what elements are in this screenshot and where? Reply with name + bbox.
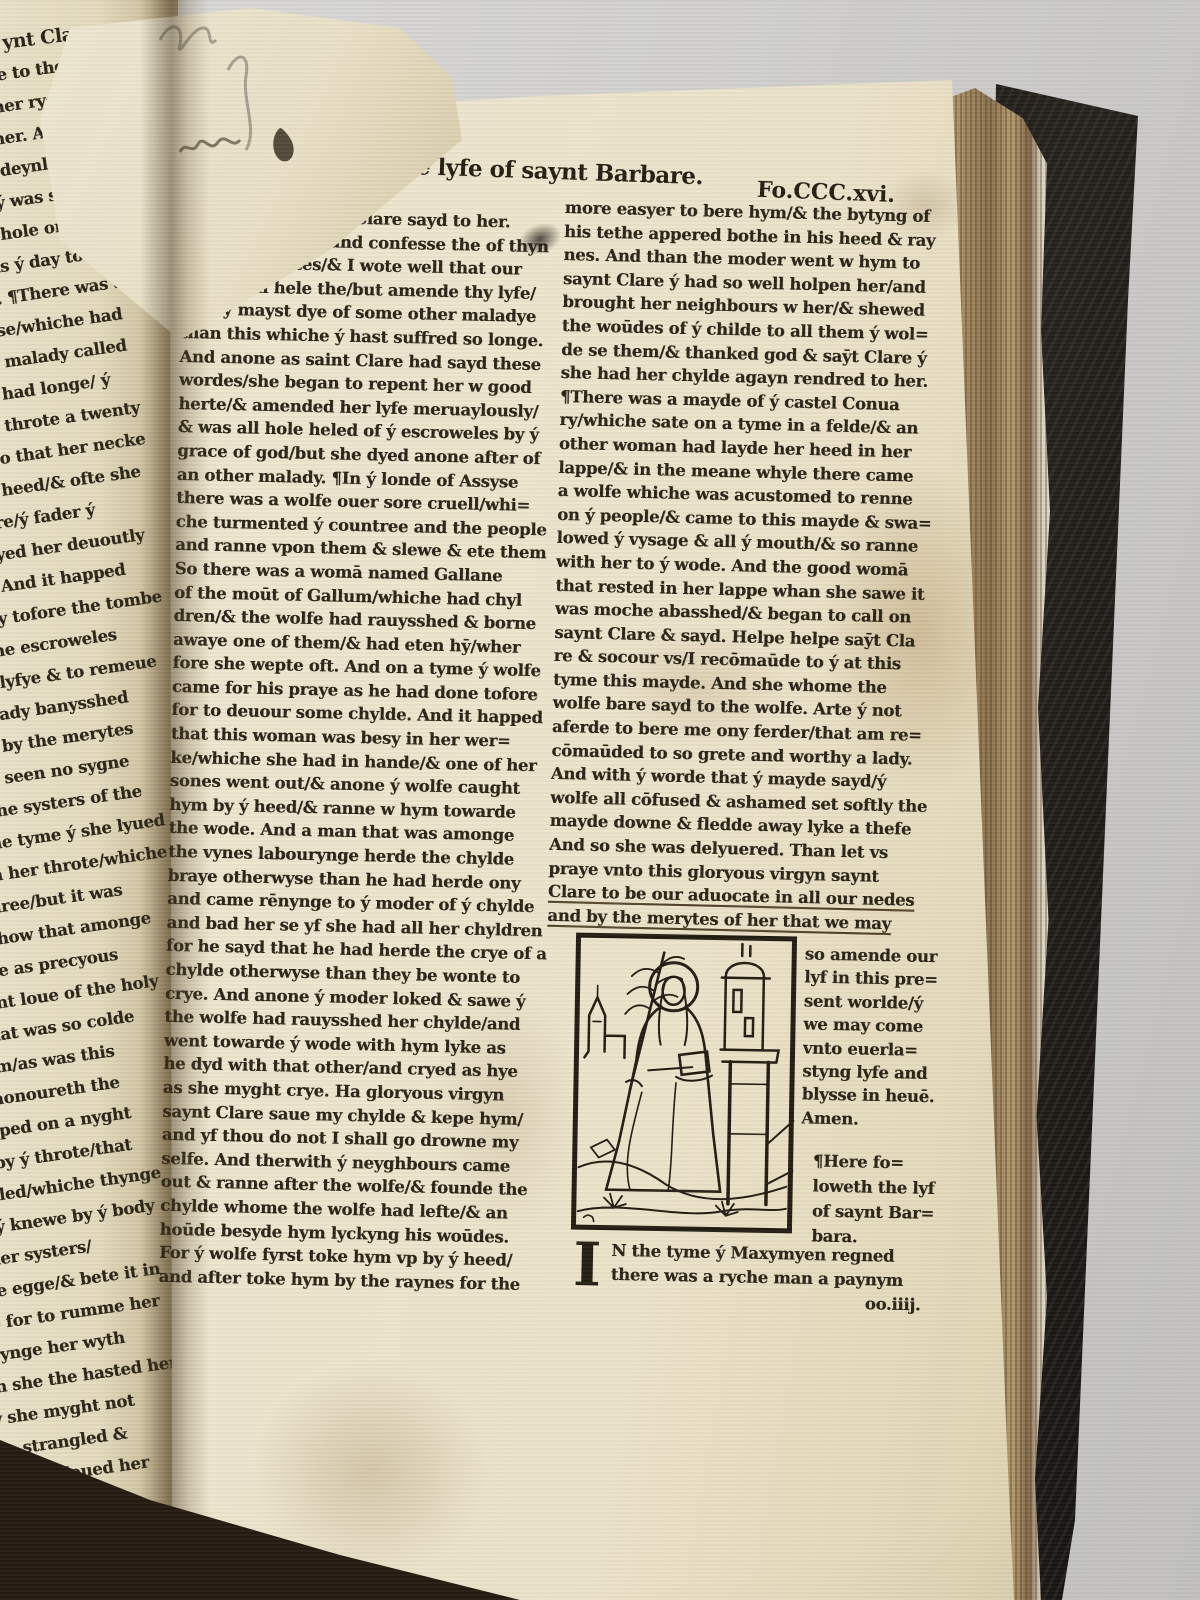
text-line: Amen. <box>801 1106 953 1133</box>
text-line: so amende our <box>805 942 957 969</box>
text-line: vnto euerla= <box>803 1036 955 1063</box>
incipit-lines: N the tyme ý Maxymyen regnedthere was a … <box>567 1238 960 1294</box>
pencil-inscription <box>150 10 310 180</box>
photo-of-open-antique-book: ynt Clare. orne to the tombe of sayed he… <box>0 0 1200 1600</box>
text-line: styng lyfe and <box>802 1059 954 1086</box>
saint-barbara-woodcut <box>569 931 798 1235</box>
drop-cap-initial: I <box>573 1240 602 1291</box>
text-line: we may come <box>803 1013 955 1040</box>
side-text-column: so amende ourlyf in this pre=sent worlde… <box>801 942 957 1141</box>
text-line: ¶Here fo= <box>813 1148 963 1176</box>
text-column-left: moder. Than saynt Clare sayd to her.Thou… <box>158 203 569 1306</box>
text-line: sent worlde/ý <box>804 989 956 1016</box>
barbara-incipit: I N the tyme ý Maxymyen regnedthere was … <box>566 1238 959 1318</box>
text-line: loweth the lyf <box>812 1173 962 1201</box>
text-line: blysse in heuē. <box>802 1083 954 1110</box>
text-line: of saynt Bar= <box>812 1198 962 1226</box>
text-column-right: more easyer to bere hym/& the bytyng ofh… <box>547 196 957 945</box>
text-line: lyf in this pre= <box>804 966 956 993</box>
